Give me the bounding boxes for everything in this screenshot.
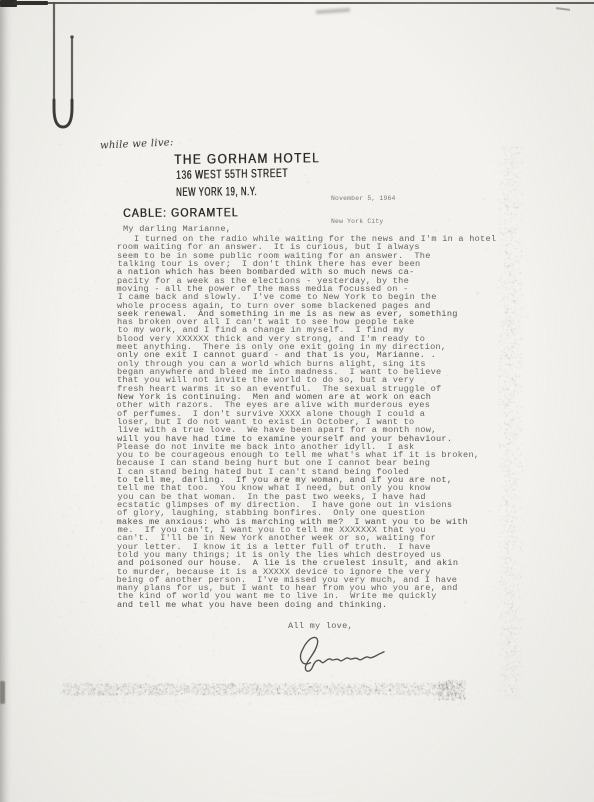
- dateline-date: November 5, 1964: [331, 195, 396, 203]
- typed-line: talking tour is over; I don't think ther…: [118, 260, 518, 268]
- salutation: My darling Marianne,: [123, 224, 231, 234]
- letter-body: I turned on the radio while waiting for …: [117, 235, 517, 609]
- typed-line: the kind of world you want me to live in…: [118, 592, 518, 600]
- typed-line: because I can stand being hurt but one I…: [117, 459, 517, 467]
- typed-line: meet anything. There is only one exit go…: [117, 343, 517, 351]
- letterhead-city-line: NEW YORK 19, N.Y.: [176, 186, 257, 199]
- typed-line: and poisoned our house. A lie is the cru…: [118, 559, 518, 567]
- letterhead-street-address: 136 WEST 55TH STREET: [176, 168, 288, 182]
- scanned-letter-page: while we live: THE GORHAM HOTEL 136 WEST…: [0, 0, 594, 802]
- typed-line: other with razors. The eyes are alive wi…: [117, 401, 517, 409]
- signature-scribble: [291, 627, 393, 676]
- letterhead-hotel-name: THE GORHAM HOTEL: [174, 150, 320, 167]
- typed-line: I came back and slowly. I've come to New…: [118, 293, 518, 301]
- typed-line: only through you can a world which burns…: [118, 360, 518, 368]
- typed-line: and tell me what you have been doing and…: [117, 601, 517, 609]
- scan-smudge: [316, 8, 350, 14]
- typed-line: me. If you can't, I want you to tell me …: [118, 526, 518, 534]
- typed-line: being of another person. I've missed you…: [117, 576, 517, 584]
- dateline: November 5, 1964 New York City: [331, 180, 396, 240]
- typed-line: to my work, and I find a change in mysel…: [118, 326, 518, 334]
- handwritten-annotation: while we live:: [100, 137, 174, 151]
- typed-line: live with a true love. We have been apar…: [118, 426, 518, 434]
- scan-top-edge-line: [14, 2, 594, 4]
- paperclip-mark: [44, 0, 84, 140]
- scan-top-edge-line-thick: [14, 1, 48, 5]
- typed-line: you can be that woman. In the past two w…: [118, 493, 518, 501]
- dateline-place: New York City: [331, 218, 396, 226]
- letterhead-cable-line: CABLE: GORAMTEL: [123, 205, 239, 220]
- scan-dash-mark: [556, 7, 570, 10]
- scanner-edge-smudge: [0, 681, 5, 704]
